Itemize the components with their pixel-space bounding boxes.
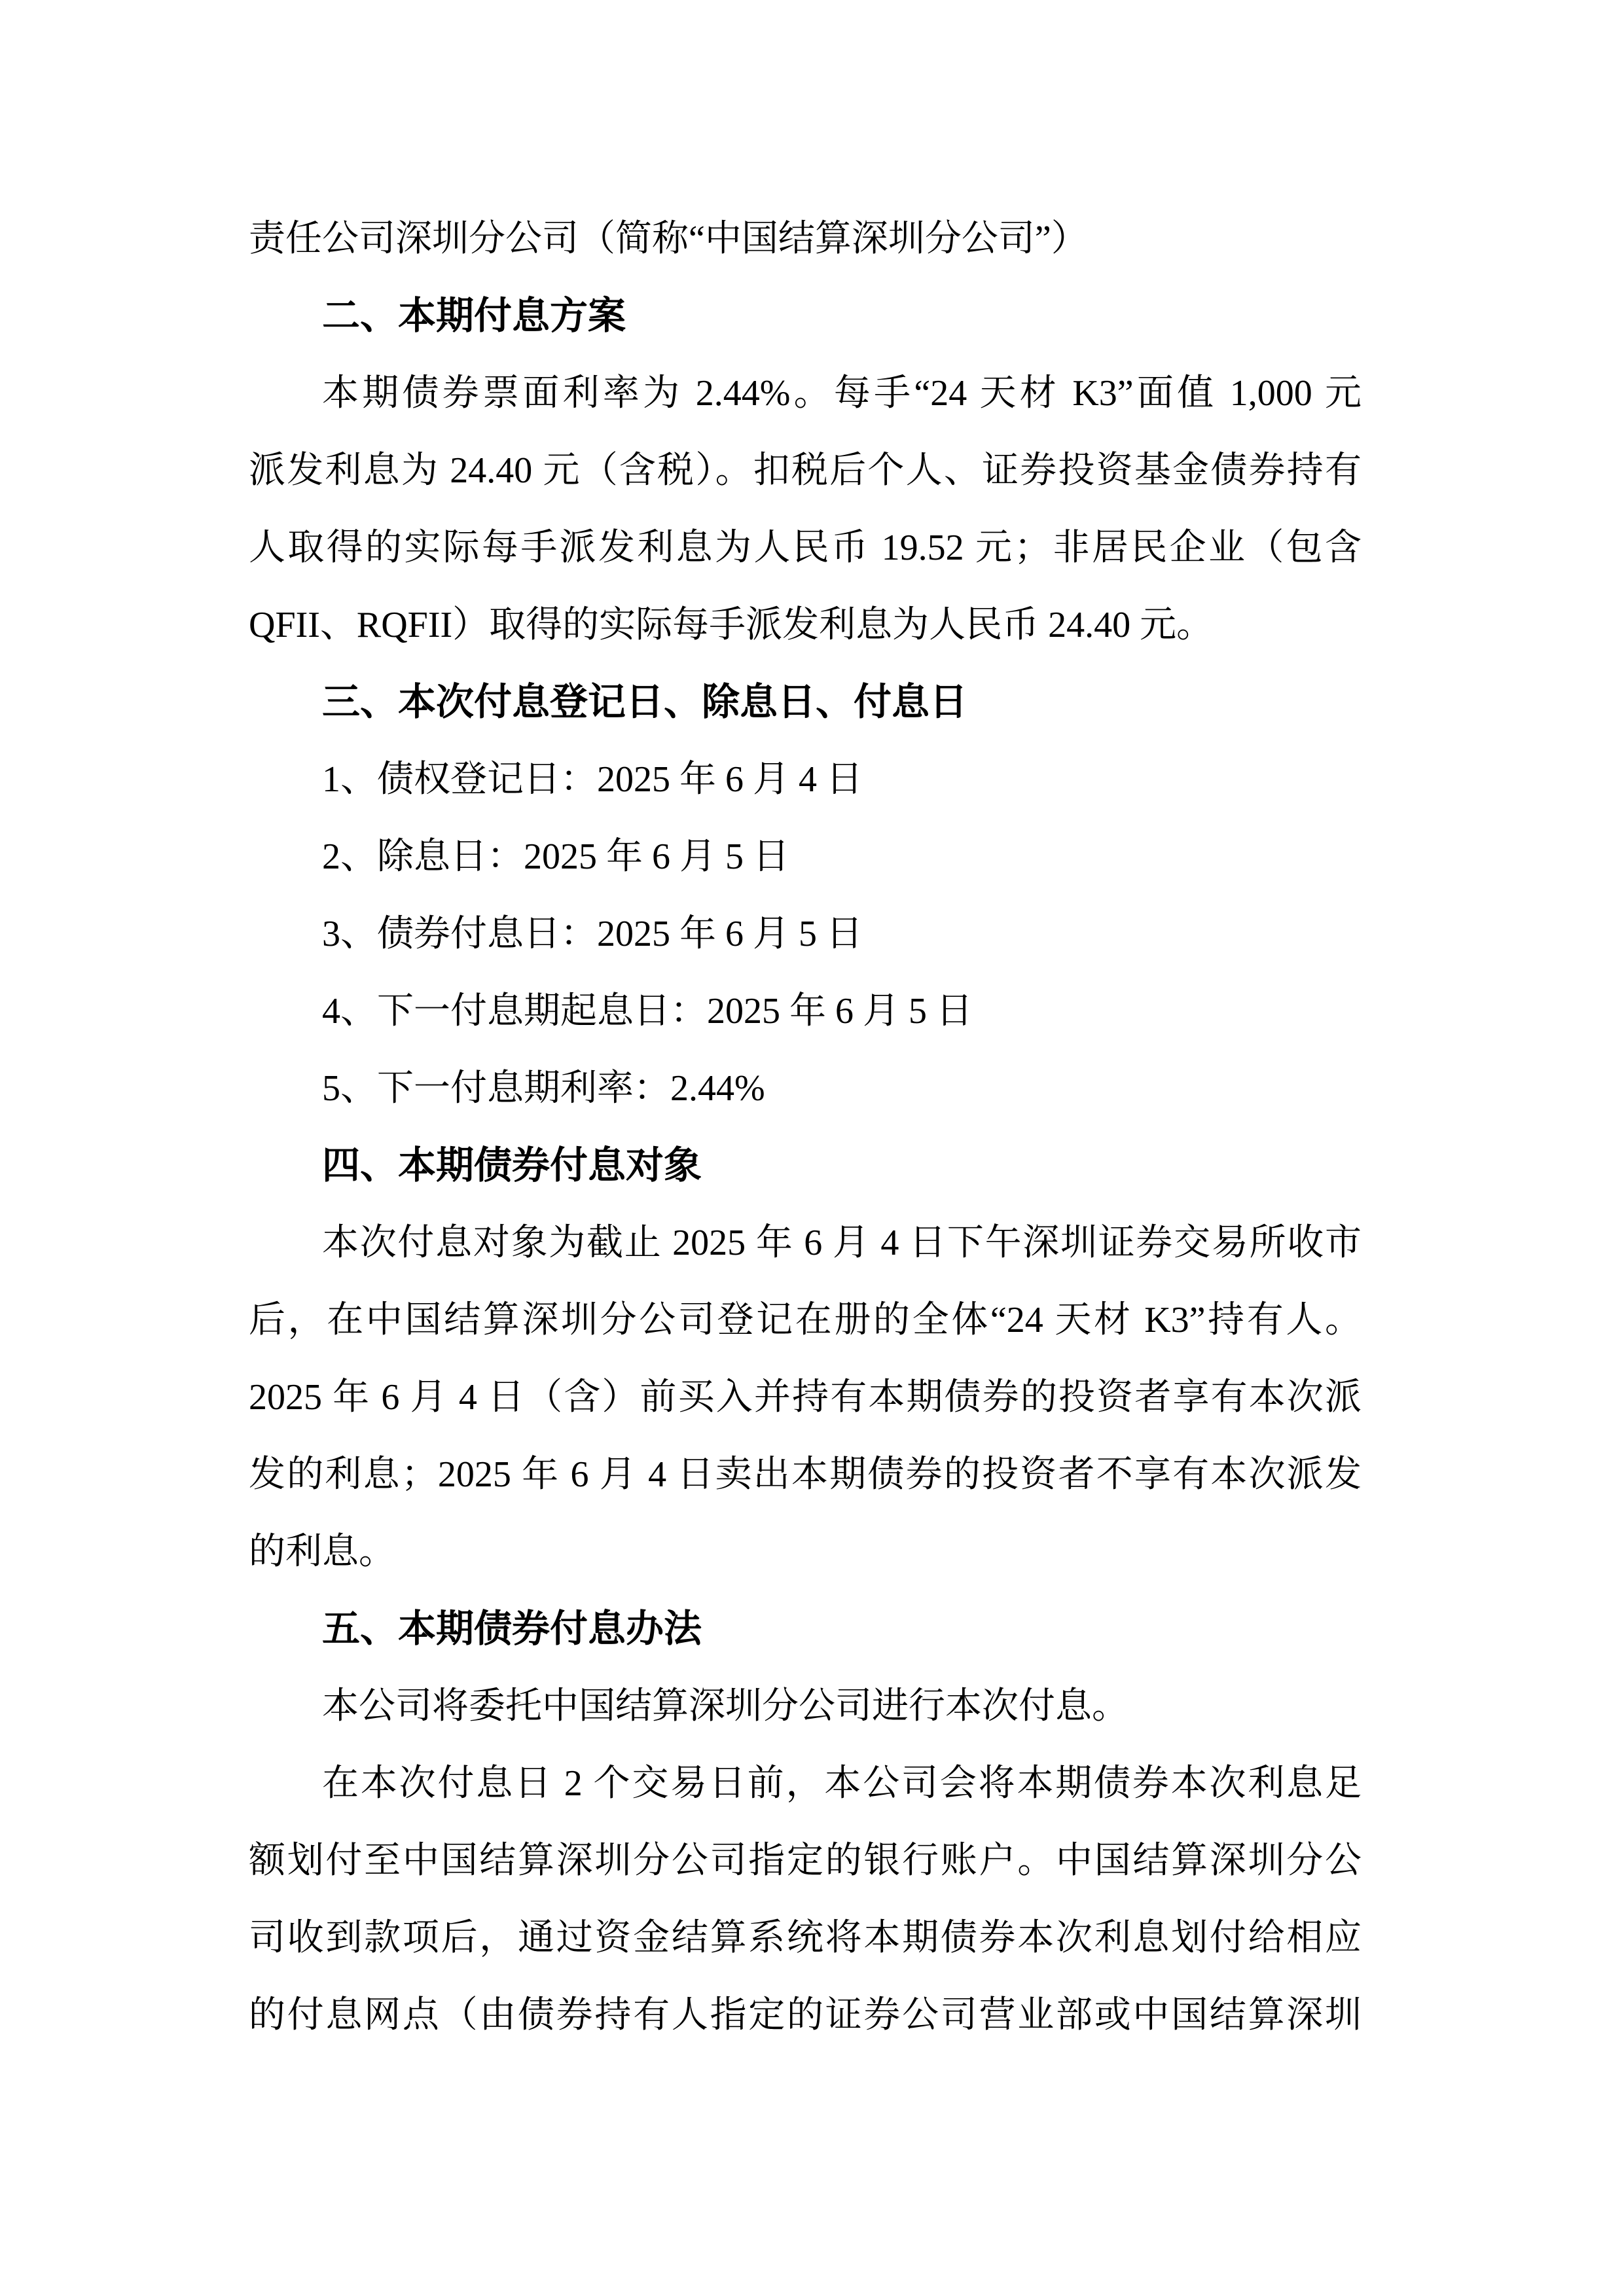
paragraph-line: 在本次付息日 2 个交易日前，本公司会将本期债券本次利息足 xyxy=(249,1745,1362,1822)
section-2-heading: 二、本期付息方案 xyxy=(249,278,1362,355)
paragraph-line: 额划付至中国结算深圳分公司指定的银行账户。中国结算深圳分公 xyxy=(249,1822,1362,1899)
section-3-heading: 三、本次付息登记日、除息日、付息日 xyxy=(249,664,1362,741)
section-4-heading: 四、本期债券付息对象 xyxy=(249,1127,1362,1204)
list-item: 3、债券付息日：2025 年 6 月 5 日 xyxy=(249,895,1362,973)
paragraph-line: 人取得的实际每手派发利息为人民币 19.52 元；非居民企业（包含 xyxy=(249,509,1362,586)
list-item: 1、债权登记日：2025 年 6 月 4 日 xyxy=(249,741,1362,818)
paragraph-line: 本次付息对象为截止 2025 年 6 月 4 日下午深圳证券交易所收市 xyxy=(249,1204,1362,1282)
paragraph-line: 派发利息为 24.40 元（含税）。扣税后个人、证券投资基金债券持有 xyxy=(249,432,1362,509)
paragraph-line: 本期债券票面利率为 2.44%。每手“24 天材 K3”面值 1,000 元 xyxy=(249,355,1362,432)
paragraph-line: 本公司将委托中国结算深圳分公司进行本次付息。 xyxy=(249,1668,1362,1745)
list-item: 5、下一付息期利率：2.44% xyxy=(249,1050,1362,1127)
paragraph-line: 后，在中国结算深圳分公司登记在册的全体“24 天材 K3”持有人。 xyxy=(249,1282,1362,1359)
paragraph-line: 的利息。 xyxy=(249,1513,1362,1590)
list-item: 4、下一付息期起息日：2025 年 6 月 5 日 xyxy=(249,973,1362,1050)
paragraph-line: 2025 年 6 月 4 日（含）前买入并持有本期债券的投资者享有本次派 xyxy=(249,1359,1362,1436)
continued-paragraph-line: 责任公司深圳分公司（简称“中国结算深圳分公司”） xyxy=(249,200,1362,278)
section-5-heading: 五、本期债券付息办法 xyxy=(249,1590,1362,1668)
page-content: 责任公司深圳分公司（简称“中国结算深圳分公司”） 二、本期付息方案 本期债券票面… xyxy=(249,200,1362,2054)
paragraph-line: 司收到款项后，通过资金结算系统将本期债券本次利息划付给相应 xyxy=(249,1899,1362,1977)
list-item: 2、除息日：2025 年 6 月 5 日 xyxy=(249,818,1362,895)
paragraph-line: 的付息网点（由债券持有人指定的证券公司营业部或中国结算深圳 xyxy=(249,1977,1362,2054)
paragraph-line: QFII、RQFII）取得的实际每手派发利息为人民币 24.40 元。 xyxy=(249,586,1362,664)
paragraph-line: 发的利息；2025 年 6 月 4 日卖出本期债券的投资者不享有本次派发 xyxy=(249,1436,1362,1513)
document-page: 责任公司深圳分公司（简称“中国结算深圳分公司”） 二、本期付息方案 本期债券票面… xyxy=(0,0,1624,2296)
